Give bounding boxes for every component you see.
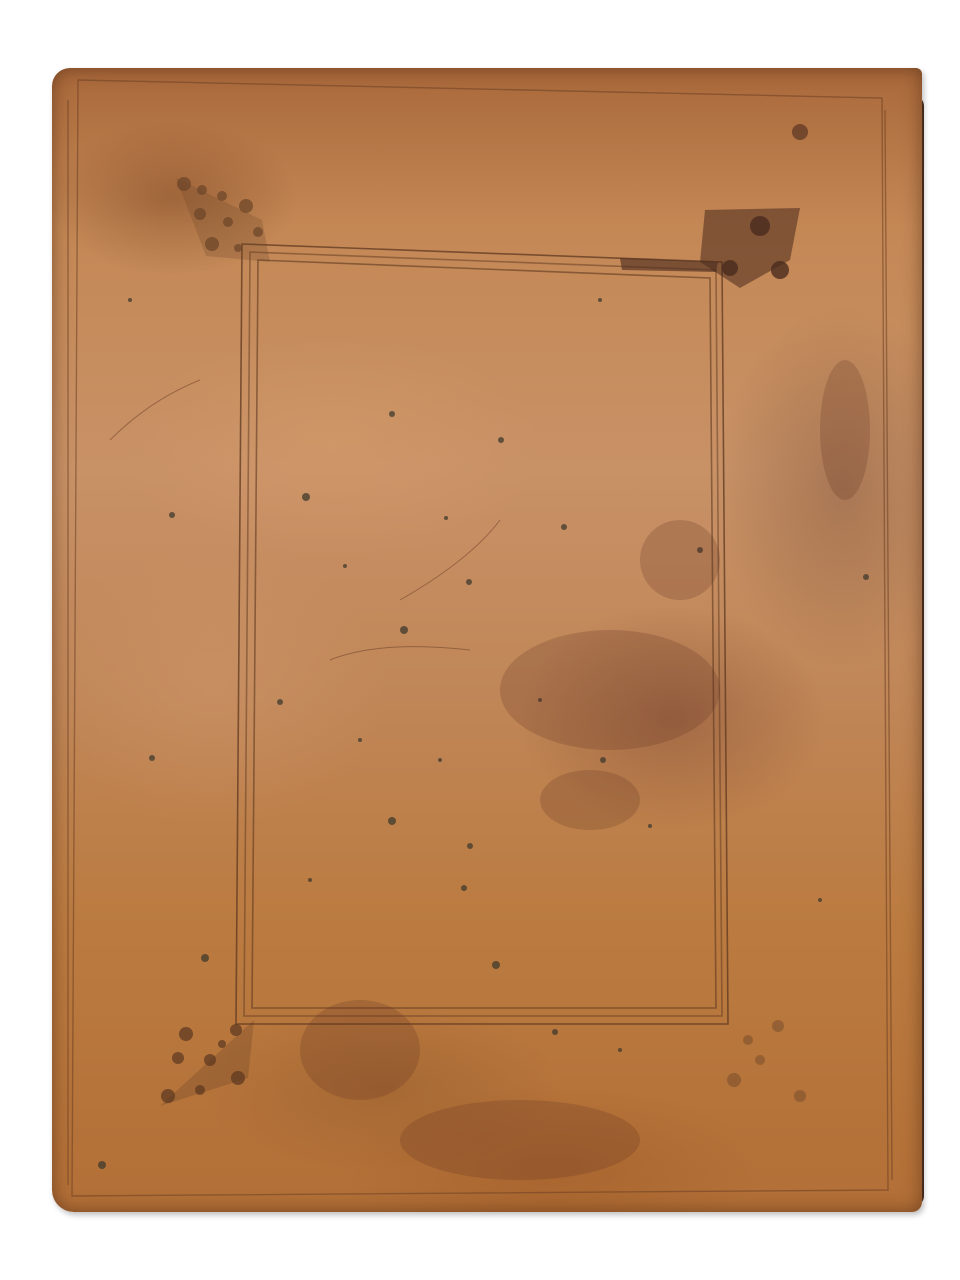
panel-frame [236, 244, 728, 1024]
corner-ornament-bottom-left [160, 1020, 254, 1106]
corner-ornament-top-right [620, 124, 808, 288]
speckle-stains [98, 298, 869, 1169]
scratches [110, 380, 500, 660]
book-photo [0, 0, 960, 1280]
cover-tooling [0, 0, 960, 1280]
water-stains [300, 360, 870, 1180]
corner-ornament-bottom-right [727, 1020, 806, 1102]
corner-ornament-top-left [176, 177, 270, 262]
